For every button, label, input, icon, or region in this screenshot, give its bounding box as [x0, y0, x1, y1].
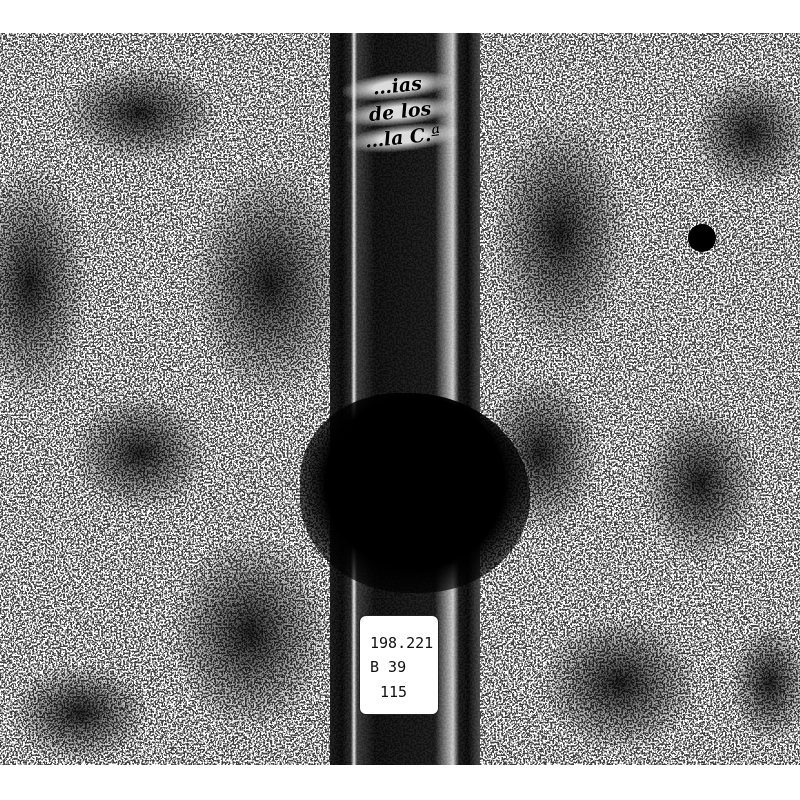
book-cover-scan: …ias de los …la C.ª 198.221 B 39 115 — [0, 33, 800, 765]
call-number-class: 198.221 — [370, 634, 433, 652]
spine-title: …ias de los …la C.ª — [341, 67, 459, 156]
call-number-label: 198.221 B 39 115 — [360, 616, 438, 714]
call-number-cutter: B 39 — [370, 658, 406, 676]
call-number-volume: 115 — [380, 683, 407, 701]
